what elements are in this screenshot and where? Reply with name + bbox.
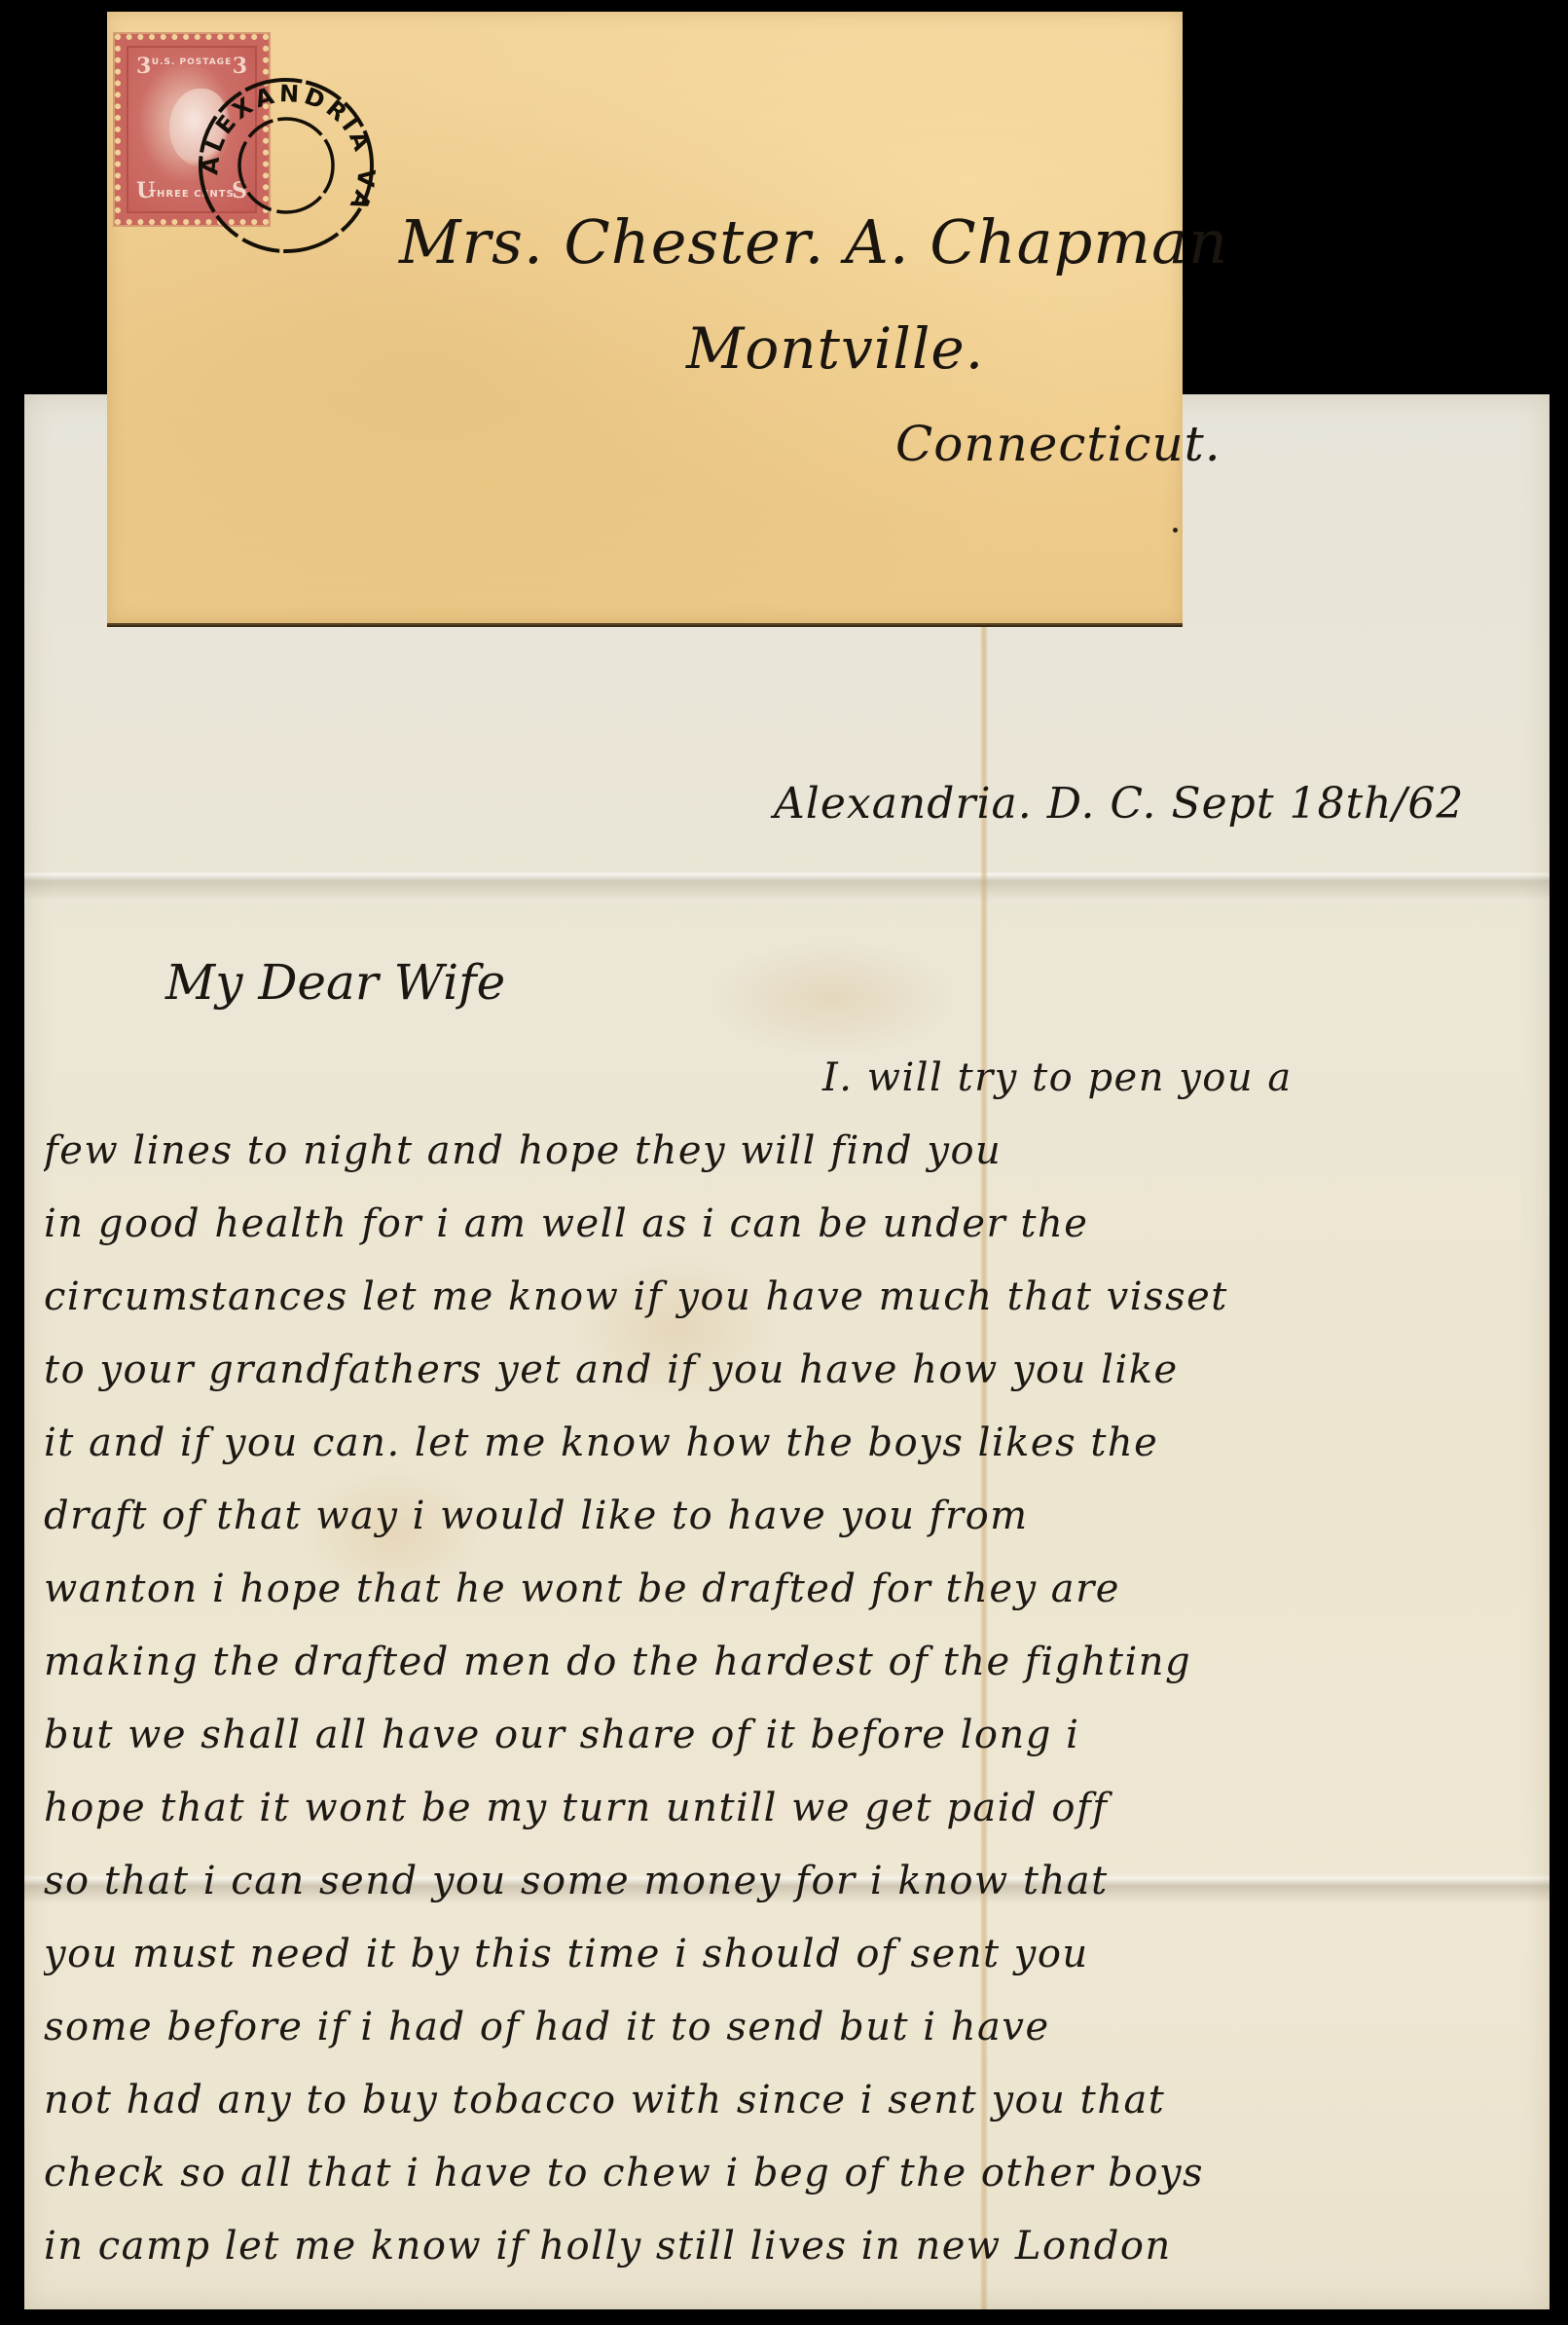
ink-spot <box>1173 528 1178 533</box>
recipient-name: Mrs. Chester. A. Chapman <box>399 206 1228 277</box>
letter-salutation: My Dear Wife <box>165 954 505 1011</box>
letter-line: to your grandfathers yet and if you have… <box>44 1334 1543 1407</box>
letter-line: but we shall all have our share of it be… <box>44 1699 1543 1772</box>
letter-line: making the drafted men do the hardest of… <box>44 1626 1543 1699</box>
postmark-icon: ALEXANDRIA VA <box>189 68 383 263</box>
letter-line: I. will try to pen you a <box>44 1042 1543 1115</box>
letter-line: check so all that i have to chew i beg o… <box>44 2137 1543 2210</box>
letter-line: wanton i hope that he wont be drafted fo… <box>44 1553 1543 1626</box>
letter-line: draft of that way i would like to have y… <box>44 1480 1543 1553</box>
letter-line: you must need it by this time i should o… <box>44 1918 1543 1991</box>
recipient-town: Montville. <box>686 315 984 382</box>
letter-line: it and if you can. let me know how the b… <box>44 1407 1543 1480</box>
letter-line: hope that it wont be my turn untill we g… <box>44 1772 1543 1845</box>
letter-sheet: Alexandria. D. C. Sept 18th/62 My Dear W… <box>24 394 1550 2309</box>
letter-line: some before if i had of had it to send b… <box>44 1991 1543 2064</box>
letter-line: few lines to night and hope they will fi… <box>44 1115 1543 1188</box>
postmark-text: ALEXANDRIA VA <box>196 80 380 217</box>
svg-text:ALEXANDRIA VA: ALEXANDRIA VA <box>196 80 380 217</box>
letter-line: not had any to buy tobacco with since i … <box>44 2064 1543 2137</box>
stamp-denomination: 3 <box>136 54 151 79</box>
letter-line: in good health for i am well as i can be… <box>44 1188 1543 1261</box>
letter-line: so that i can send you some money for i … <box>44 1845 1543 1918</box>
letter-line: in camp let me know if holly still lives… <box>44 2210 1543 2283</box>
recipient-state: Connecticut. <box>895 416 1222 472</box>
letter-body: I. will try to pen you a few lines to ni… <box>44 1042 1543 2283</box>
letter-dateline: Alexandria. D. C. Sept 18th/62 <box>774 779 1464 829</box>
letter-line: circumstances let me know if you have mu… <box>44 1261 1543 1334</box>
envelope: U.S. POSTAGE 3 3 U S THREE CENTS ALEXAND… <box>107 12 1183 625</box>
paper-stain <box>706 940 959 1056</box>
